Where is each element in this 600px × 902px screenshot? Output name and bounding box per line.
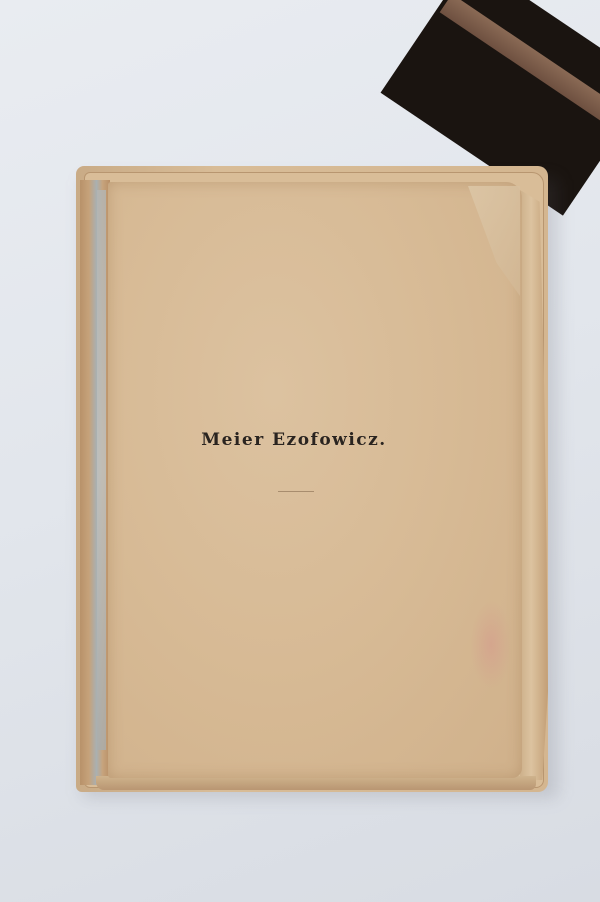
bottom-page-edge bbox=[96, 776, 536, 790]
cover-title: Meier Ezofowicz. bbox=[0, 430, 600, 450]
book-cover bbox=[108, 182, 522, 778]
cover-title-text: Meier Ezofowicz. bbox=[201, 430, 386, 450]
spine-binding-strip bbox=[97, 190, 106, 750]
title-rule bbox=[278, 491, 314, 492]
cover-stain bbox=[470, 600, 512, 690]
